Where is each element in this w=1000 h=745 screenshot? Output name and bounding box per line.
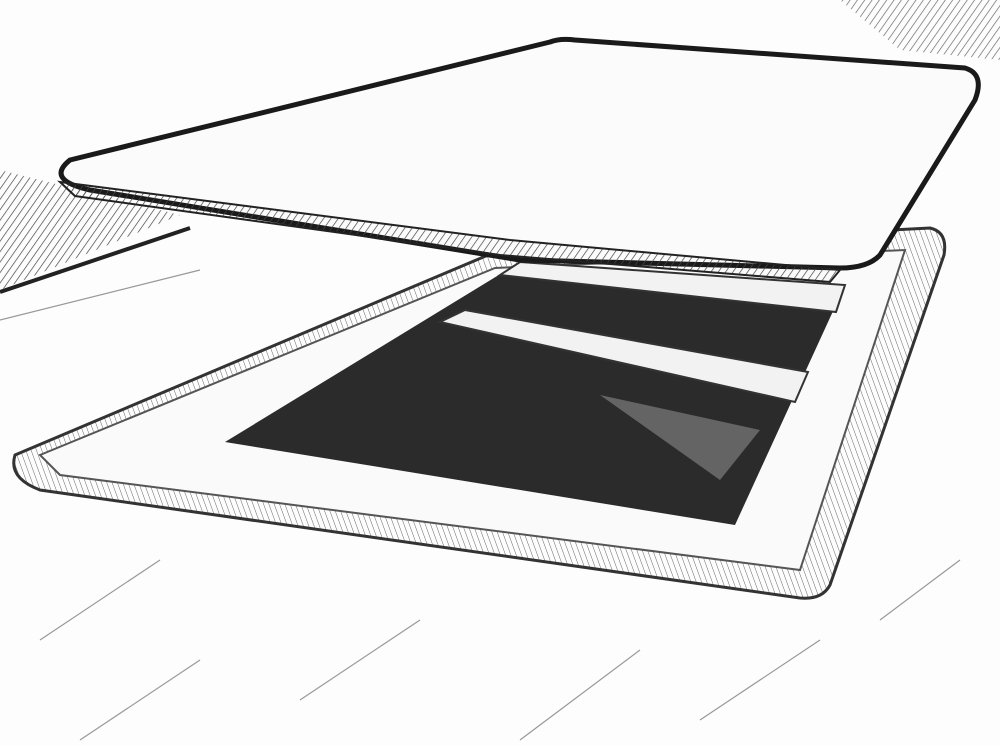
scanner-base xyxy=(14,228,945,598)
scanner-drawing xyxy=(0,0,1000,745)
scanner-lid xyxy=(60,39,978,282)
scanner-illustration xyxy=(0,0,1000,745)
